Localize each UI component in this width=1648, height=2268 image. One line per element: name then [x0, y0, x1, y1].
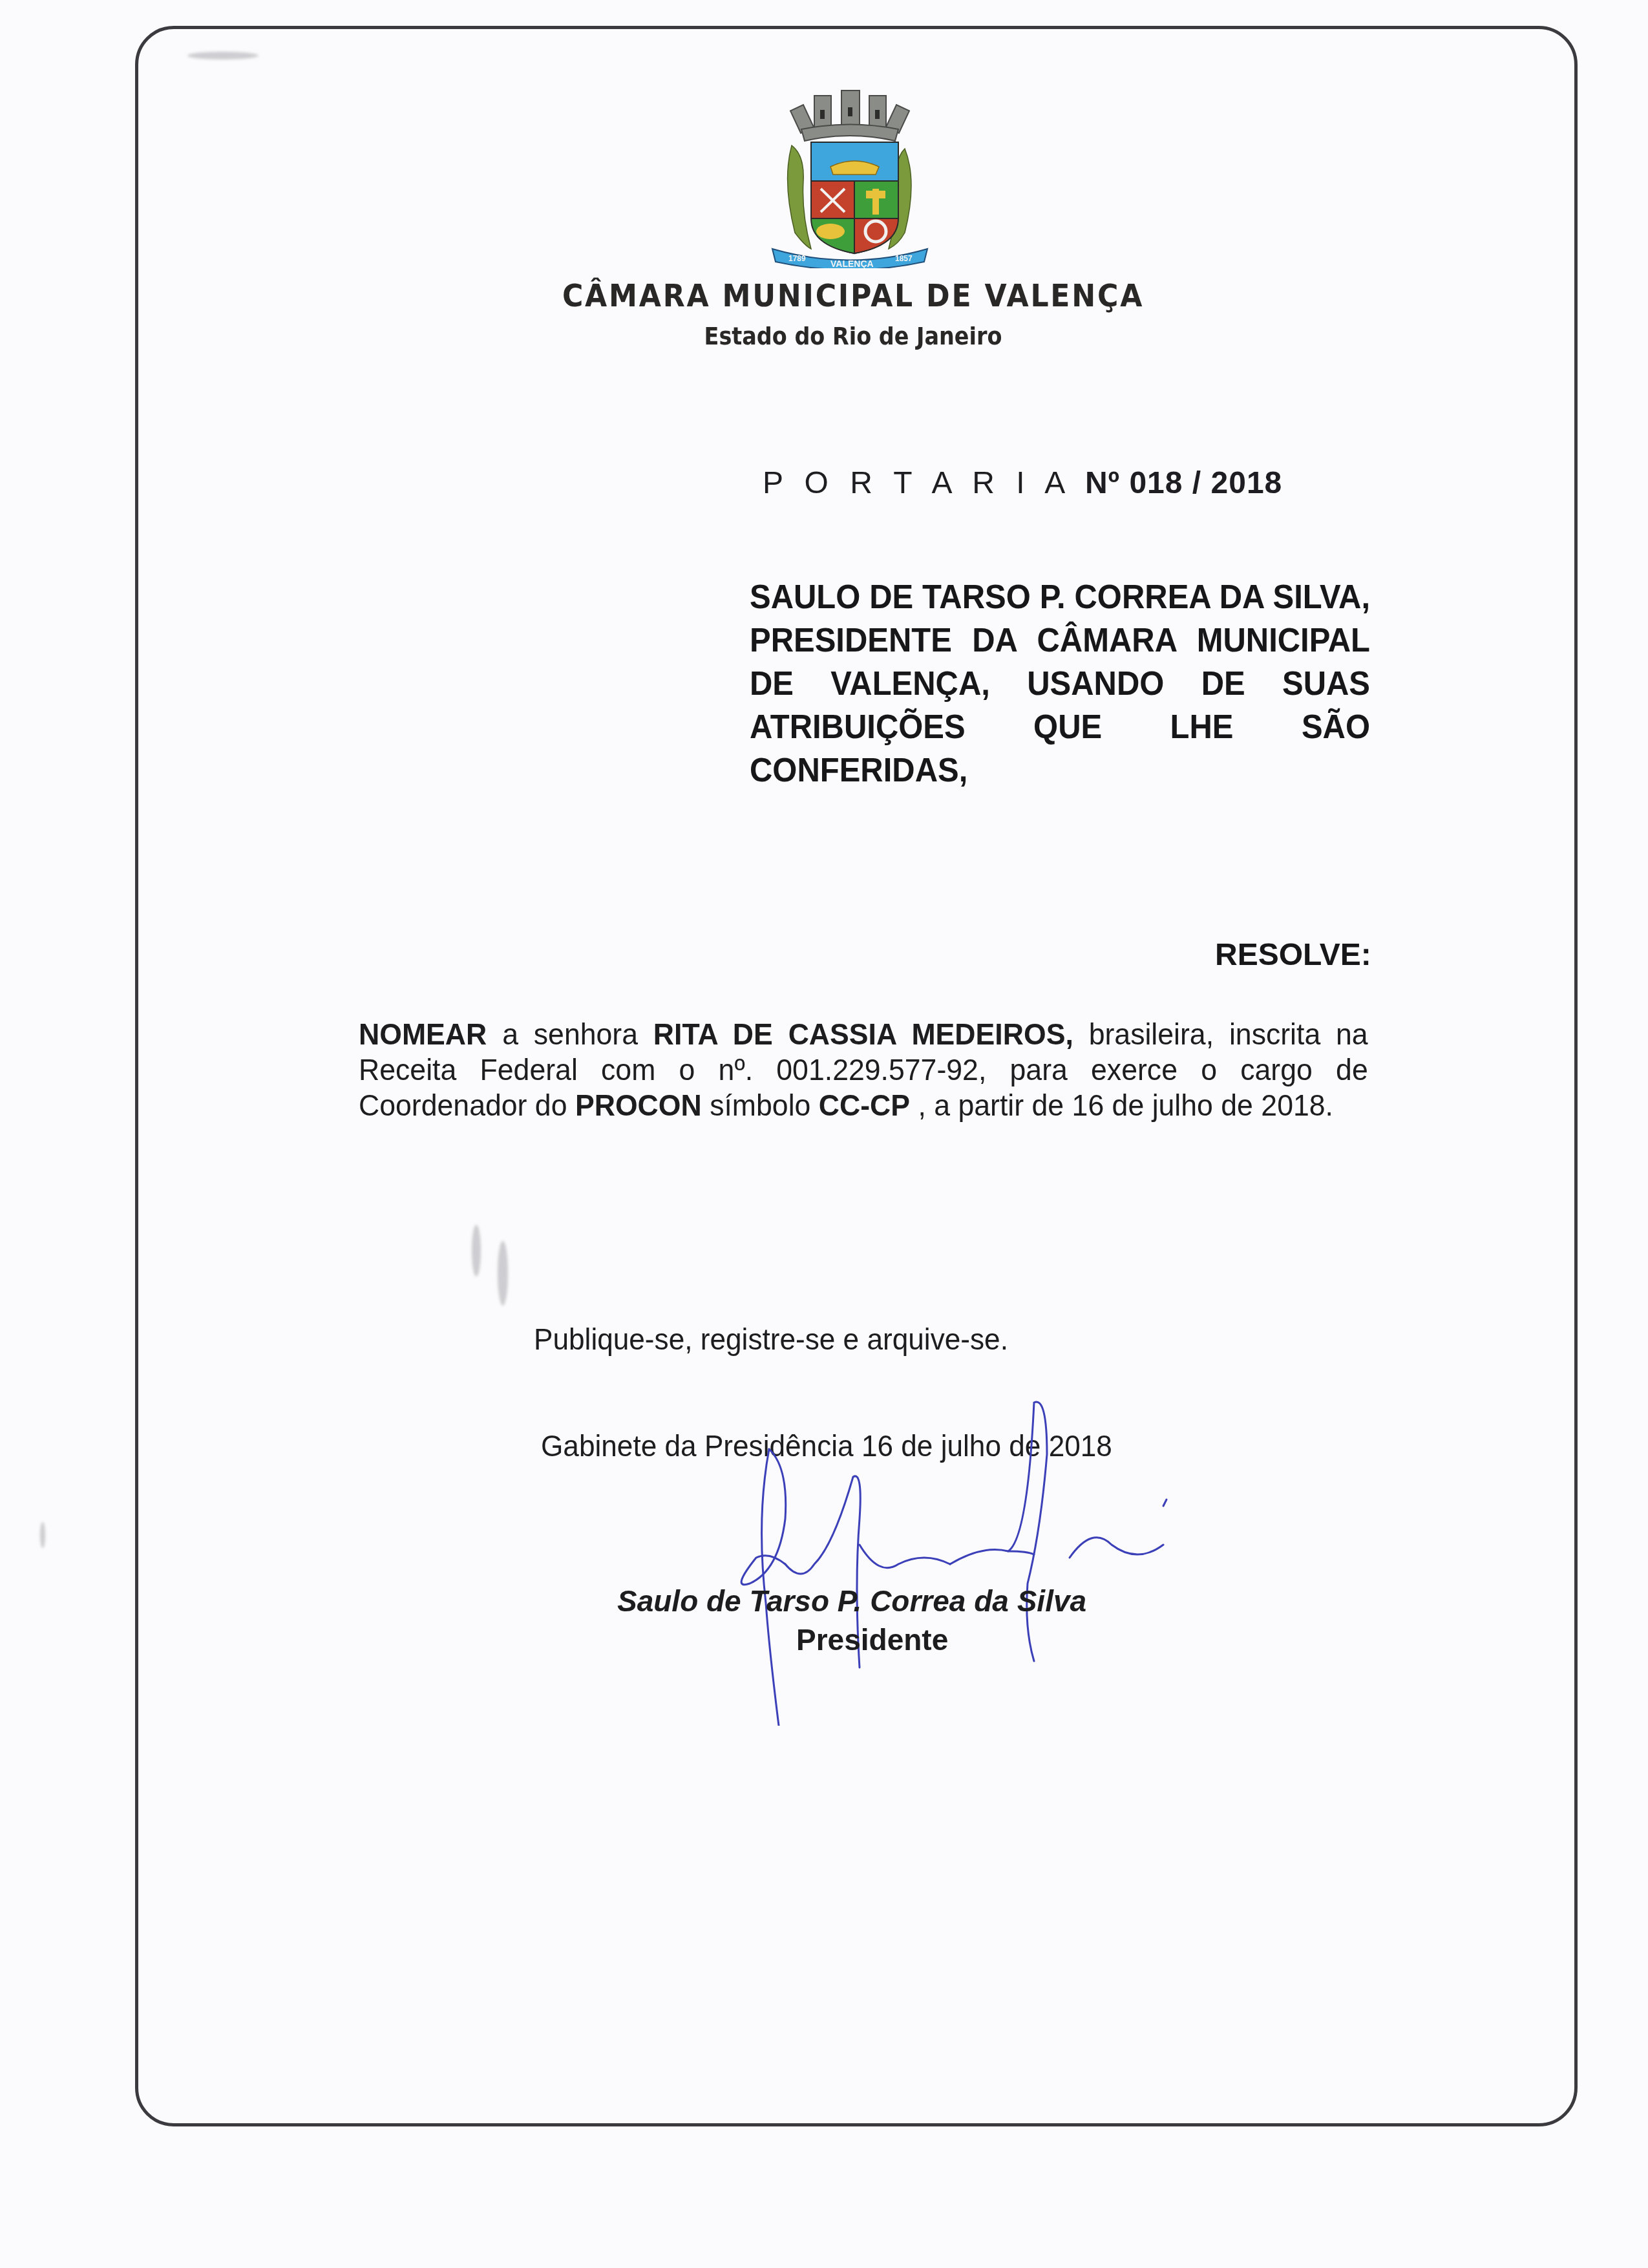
resolve-heading: RESOLVE:	[1215, 937, 1371, 973]
coat-of-arms-icon: 1789 VALENÇA 1857	[766, 84, 934, 268]
document-number: Nº 018 / 2018	[1085, 466, 1282, 500]
verb: NOMEAR	[359, 1017, 487, 1051]
preamble: SAULO DE TARSO P. CORREA DA SILVA, PRESI…	[750, 575, 1370, 792]
document-title: P O R T A R I A Nº 018 / 2018	[763, 465, 1282, 501]
signer-name: Saulo de Tarso P. Correa da Silva	[617, 1584, 1086, 1618]
scan-smudge	[498, 1241, 508, 1306]
appointee-name: RITA DE CASSIA MEDEIROS,	[653, 1017, 1073, 1051]
svg-text:VALENÇA: VALENÇA	[830, 259, 874, 268]
signer-role: Presidente	[796, 1622, 948, 1657]
svg-text:1789: 1789	[788, 254, 806, 263]
organ-name: PROCON	[575, 1088, 702, 1122]
scan-smudge	[40, 1522, 45, 1548]
position-symbol: CC-CP	[819, 1088, 910, 1122]
place-date: Gabinete da Presidência 16 de julho de 2…	[541, 1428, 1112, 1463]
institution-name: CÂMARA MUNICIPAL DE VALENÇA	[556, 278, 1150, 314]
scan-smudge	[187, 52, 259, 59]
state-name: Estado do Rio de Janeiro	[569, 322, 1137, 350]
document-type: P O R T A R I A	[763, 466, 1070, 500]
scan-smudge	[472, 1225, 481, 1277]
svg-text:1857: 1857	[895, 254, 913, 263]
appointment-paragraph: NOMEAR a senhora RITA DE CASSIA MEDEIROS…	[359, 1017, 1368, 1123]
closing-formula: Publique-se, registre-se e arquive-se.	[534, 1322, 1008, 1357]
